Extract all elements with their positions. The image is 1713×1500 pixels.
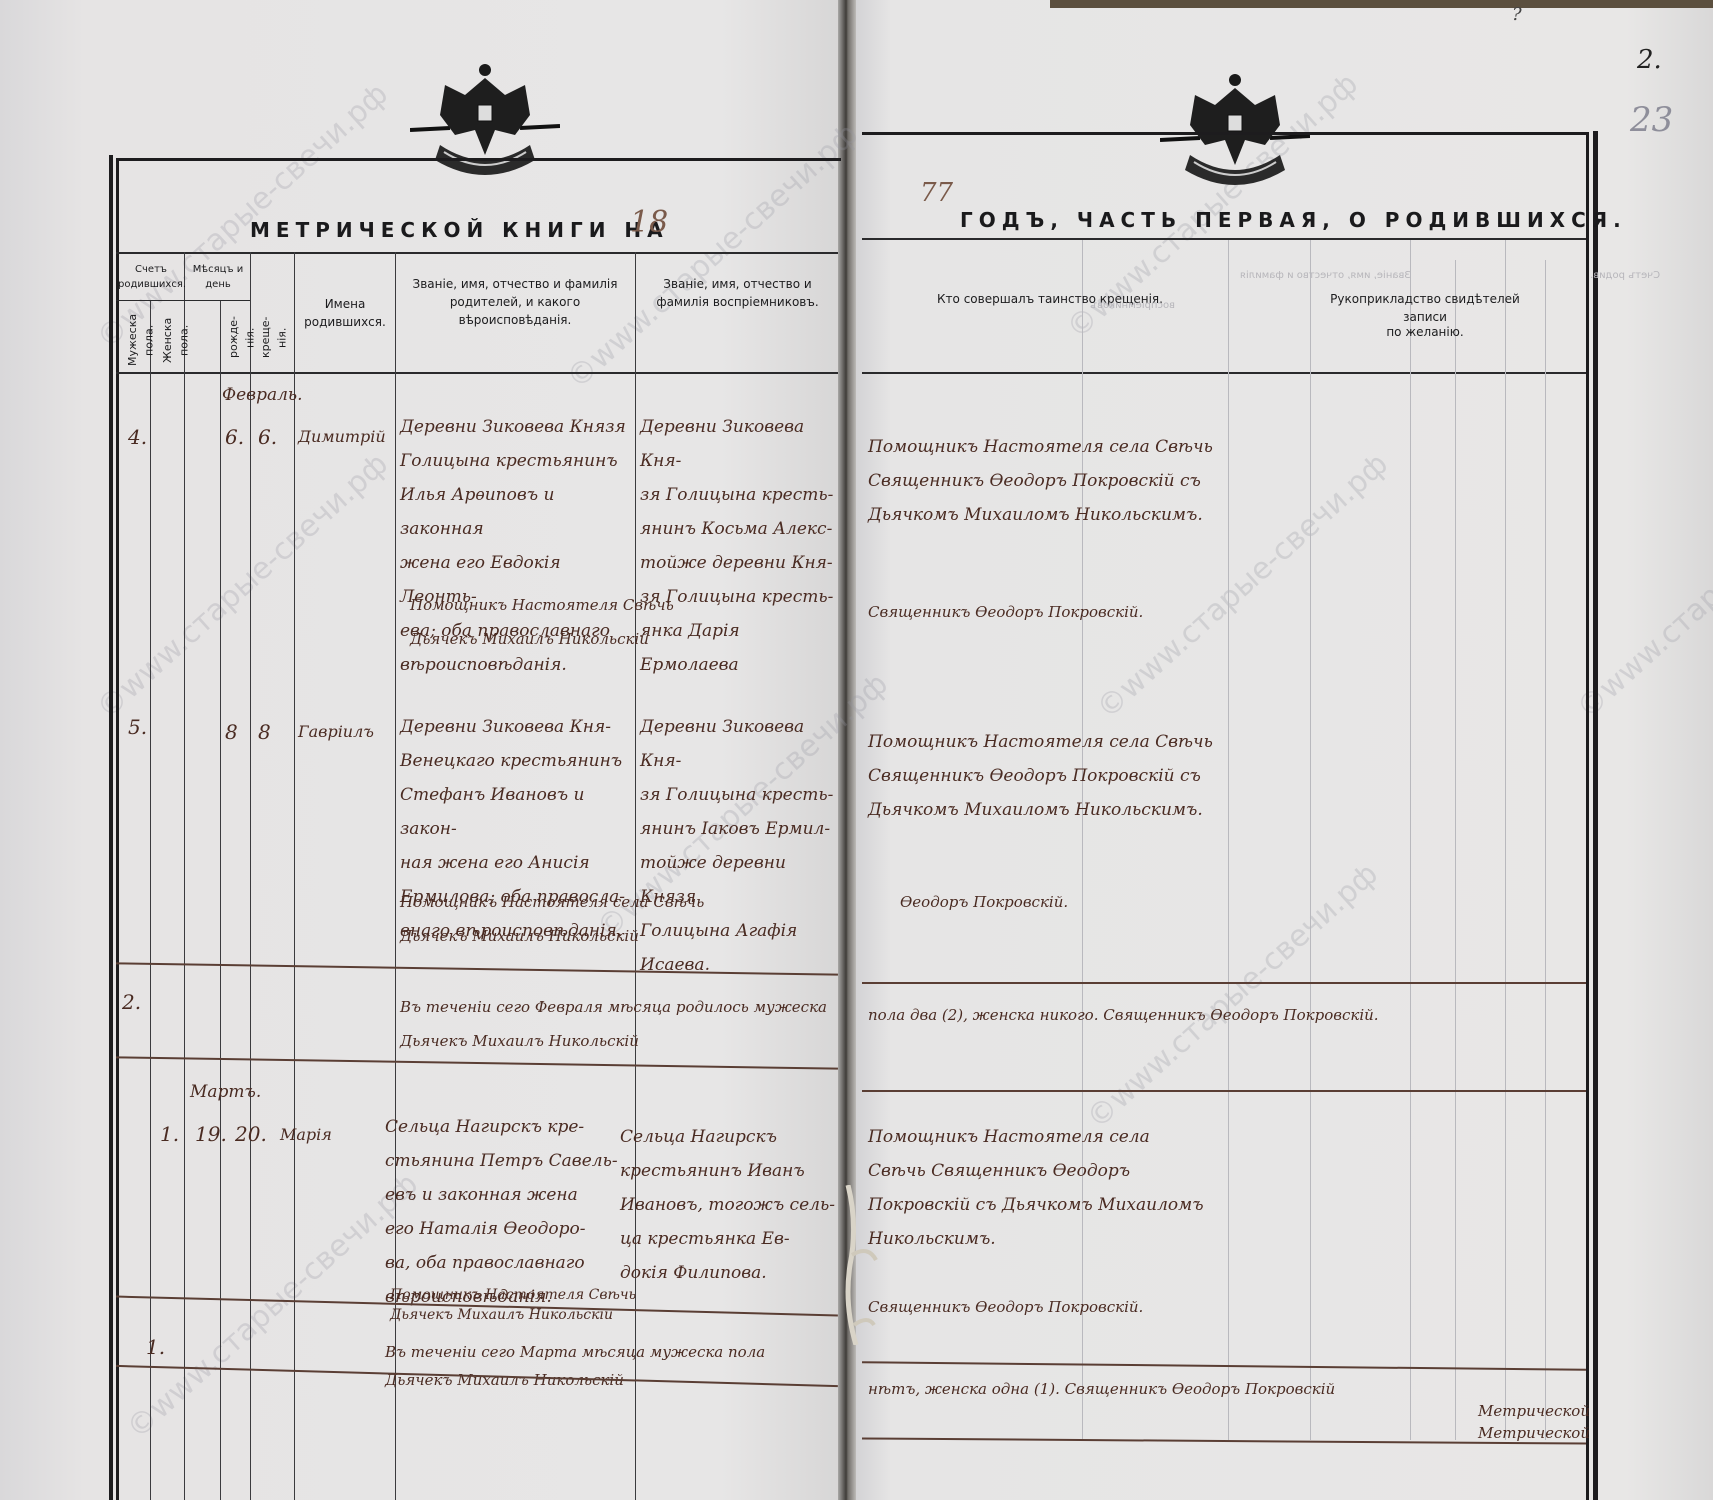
right-page-title: ГОДЪ, ЧАСТЬ ПЕРВАЯ, О РОДИВШИХСЯ. bbox=[960, 208, 1627, 232]
female-count: 1. bbox=[160, 1122, 179, 1146]
month-total-female: 1. bbox=[146, 1335, 165, 1359]
show-through-text: воспріемниковъ bbox=[1090, 300, 1175, 311]
footer-note: Метрической Метрической bbox=[1410, 1400, 1590, 1444]
column-divider bbox=[1545, 260, 1546, 1440]
baptism-day: 6. bbox=[258, 425, 277, 449]
performed-by-text: Помощникъ Настоятеля села Свѣчь Священни… bbox=[868, 1120, 1288, 1256]
header-witnesses: Рукоприкладство свидѣтелей записи bbox=[1310, 290, 1540, 326]
clergy-signature: Помощникъ Настоятеля села Свѣчь Дьячекъ … bbox=[400, 885, 840, 953]
column-divider bbox=[294, 252, 295, 1500]
column-divider bbox=[1505, 240, 1506, 1440]
month-summary: Въ теченіи сего Февраля мѣсяца родилось … bbox=[400, 990, 850, 1058]
birth-day: 6. bbox=[225, 425, 244, 449]
month-total-male: 2. bbox=[122, 990, 141, 1014]
header-bottom-rule bbox=[116, 372, 838, 374]
header-top-rule bbox=[862, 238, 1586, 240]
header-by-request: по желанію. bbox=[1310, 323, 1540, 341]
baptism-day: 8 bbox=[258, 720, 271, 744]
entry-separator bbox=[862, 982, 1586, 984]
month-summary-right: пола два (2), женска никого. Священникъ … bbox=[868, 998, 1588, 1032]
folio-number: 23 bbox=[1630, 100, 1673, 140]
show-through-text: Званіе, имя, отчество и фамилія bbox=[1240, 270, 1411, 281]
header-month-day: Мѣсяцъ и день bbox=[186, 262, 250, 292]
subheader-rule bbox=[184, 300, 250, 301]
priest-signature: Ѳеодоръ Покровскій. bbox=[900, 885, 1300, 919]
male-count: 5. bbox=[128, 715, 147, 739]
show-through-text: Счетъ родив. bbox=[1590, 270, 1660, 281]
godparents-text: Сельца Нагирскъ крестьянинъ Иванъ Иванов… bbox=[620, 1120, 840, 1290]
header-female: Женска пола. bbox=[160, 310, 193, 370]
child-name: Марія bbox=[280, 1118, 332, 1152]
header-top-rule bbox=[116, 252, 838, 254]
header-parents: Званіе, имя, отчество и фамилія родителе… bbox=[400, 275, 630, 329]
binding-edge bbox=[1050, 0, 1713, 8]
header-birth: рожде-нія. bbox=[226, 310, 259, 365]
column-divider bbox=[150, 300, 151, 1500]
header-baptism: креще-нія. bbox=[258, 310, 291, 365]
clergy-signature: Помощникъ Настоятеля Свѣчь Дьячекъ Михаи… bbox=[410, 588, 830, 656]
birth-day: 8 bbox=[225, 720, 238, 744]
header-godparents: Званіе, имя, отчество и фамилія воспріем… bbox=[640, 275, 835, 311]
baptism-day: 20. bbox=[235, 1122, 267, 1146]
child-name: Димитрій bbox=[298, 420, 386, 454]
year-suffix: 77 bbox=[920, 178, 953, 208]
column-divider bbox=[1310, 240, 1311, 1440]
year-prefix: 18 bbox=[630, 205, 668, 240]
folio-mark: 2. bbox=[1637, 45, 1662, 75]
header-bottom-rule bbox=[862, 372, 1586, 374]
column-divider bbox=[1082, 240, 1083, 1440]
binding-thread-icon bbox=[838, 1185, 878, 1345]
header-male: Мужеска пола. bbox=[125, 310, 158, 370]
column-divider bbox=[1228, 240, 1229, 1440]
child-name: Гавріилъ bbox=[298, 715, 374, 749]
priest-signature: Священникъ Ѳеодоръ Покровскій. bbox=[868, 595, 1288, 629]
metric-book-spread: ©www.старые-свечи.рф ©www.старые-свечи.р… bbox=[0, 0, 1713, 1500]
priest-signature: Священникъ Ѳеодоръ Покровскій. bbox=[868, 1290, 1288, 1324]
birth-day: 19. bbox=[195, 1122, 227, 1146]
header-names: Имена родившихся. bbox=[300, 295, 390, 331]
column-divider bbox=[1410, 240, 1411, 1440]
month-summary: Въ теченіи сего Марта мѣсяца мужеска пол… bbox=[385, 1338, 845, 1394]
parents-text: Сельца Нагирскъ кре- стьянина Петръ Саве… bbox=[385, 1110, 635, 1314]
corner-mark: ? bbox=[1512, 4, 1522, 25]
male-count: 4. bbox=[128, 425, 147, 449]
performed-by-text: Помощникъ Настоятеля села Свѣчь Священни… bbox=[868, 725, 1268, 827]
performed-by-text: Помощникъ Настоятеля села Свѣчь Священни… bbox=[868, 430, 1268, 532]
column-divider bbox=[1455, 260, 1456, 1440]
left-page-title: МЕТРИЧЕСКОЙ КНИГИ НА bbox=[250, 218, 669, 242]
column-divider bbox=[250, 252, 251, 1500]
entry-separator bbox=[862, 1090, 1586, 1092]
month-label: Февраль. bbox=[222, 385, 303, 405]
column-divider bbox=[220, 300, 221, 1500]
header-count-born: Счетъ родившихся. bbox=[118, 262, 184, 292]
month-label: Мартъ. bbox=[190, 1082, 261, 1102]
column-divider bbox=[184, 252, 185, 1500]
